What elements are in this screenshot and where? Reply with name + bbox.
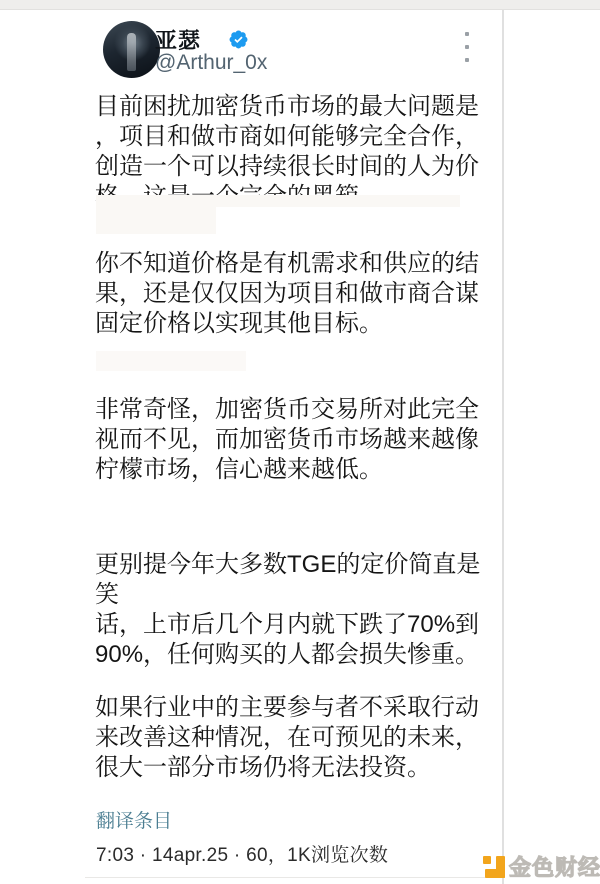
tweet-paragraph-4: 更别提今年大多数TGE的定价简直是笑 话，上市后几个月内就下跌了70%到 90%… — [95, 550, 497, 670]
tweet-meta-timestamp: 7:03 · 14apr.25 · 60，1K浏览次数 — [96, 840, 388, 867]
tweet-paragraph-2: 你不知道价格是有机需求和供应的结 果，还是仅仅因为项目和做市商合谋 固定价格以实… — [95, 249, 497, 339]
more-menu-dot — [465, 45, 469, 49]
artifact-block — [96, 351, 246, 371]
right-divider-line — [502, 10, 504, 884]
translate-post-link[interactable]: 翻译条目 — [96, 806, 172, 833]
top-strip — [0, 0, 600, 10]
watermark: 金色财经 — [483, 851, 600, 882]
more-menu-dot — [465, 32, 469, 36]
logo-jay-shape — [483, 856, 505, 878]
avatar[interactable] — [103, 21, 160, 78]
more-menu-dot — [465, 58, 469, 62]
watermark-brand-text: 金色财经 — [509, 851, 600, 882]
artifact-block — [96, 206, 216, 234]
tweet-paragraph-1: 目前困扰加密货币市场的最大问题是 ，项目和做市商如何能够完全合作， 创造一个可以… — [95, 92, 497, 212]
more-menu-icon[interactable] — [460, 30, 474, 64]
avatar-figure — [127, 33, 136, 71]
author-handle[interactable]: @Arthur_0x — [155, 51, 267, 75]
bottom-divider-line — [85, 877, 505, 878]
tweet-paragraph-3: 非常奇怪，加密货币交易所对此完全 视而不见，而加密货币市场越来越像 柠檬市场，信… — [95, 395, 497, 485]
logo-jay-bar — [485, 869, 505, 878]
verified-badge-icon — [228, 29, 249, 50]
tweet-paragraph-5: 如果行业中的主要参与者不采取行动 来改善这种情况，在可预见的未来， 很大一部分市… — [95, 693, 497, 783]
golden-finance-logo-icon — [483, 856, 505, 878]
